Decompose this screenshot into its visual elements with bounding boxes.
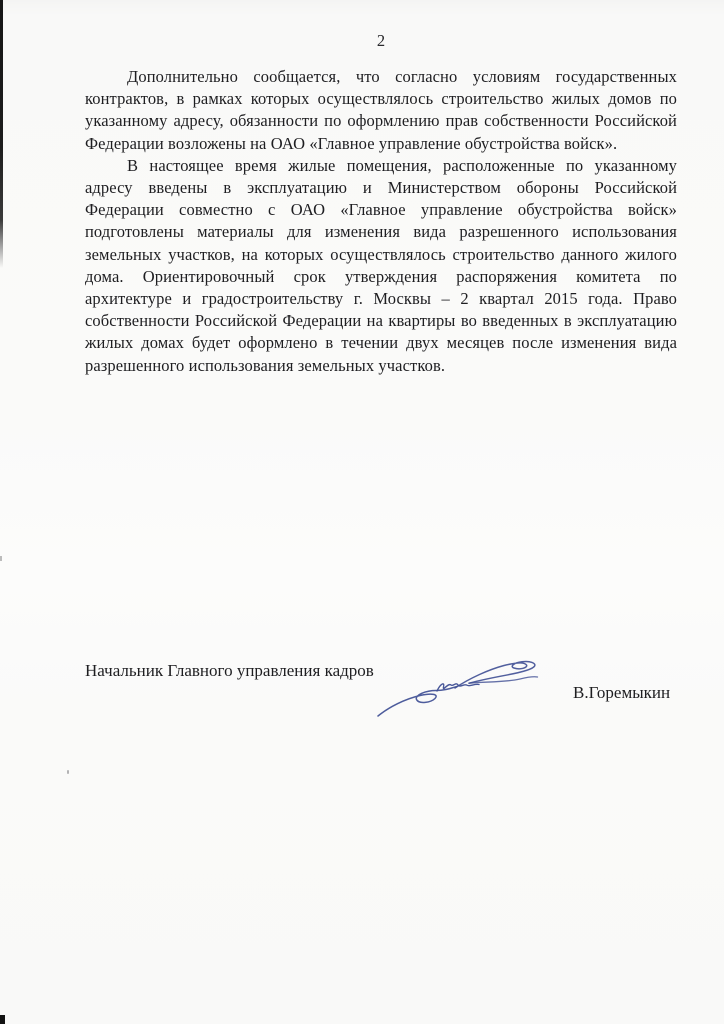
paragraph-1: Дополнительно сообщается, что согласно у… (85, 66, 677, 155)
signatory-name: В.Горемыкин (573, 682, 670, 704)
paragraph-2: В настоящее время жилые помещения, распо… (85, 155, 677, 377)
scanned-document-page: 2 Дополнительно сообщается, что согласно… (0, 0, 724, 1024)
page-number: 2 (85, 30, 677, 52)
handwritten-signature-icon (373, 648, 545, 728)
scan-speck (67, 770, 69, 774)
signatory-title: Начальник Главного управления кадров (85, 660, 374, 682)
scan-corner-mark (0, 1015, 5, 1024)
document-body: Дополнительно сообщается, что согласно у… (85, 66, 677, 377)
scan-speck (0, 556, 2, 561)
scan-edge-artifact (0, 0, 3, 268)
